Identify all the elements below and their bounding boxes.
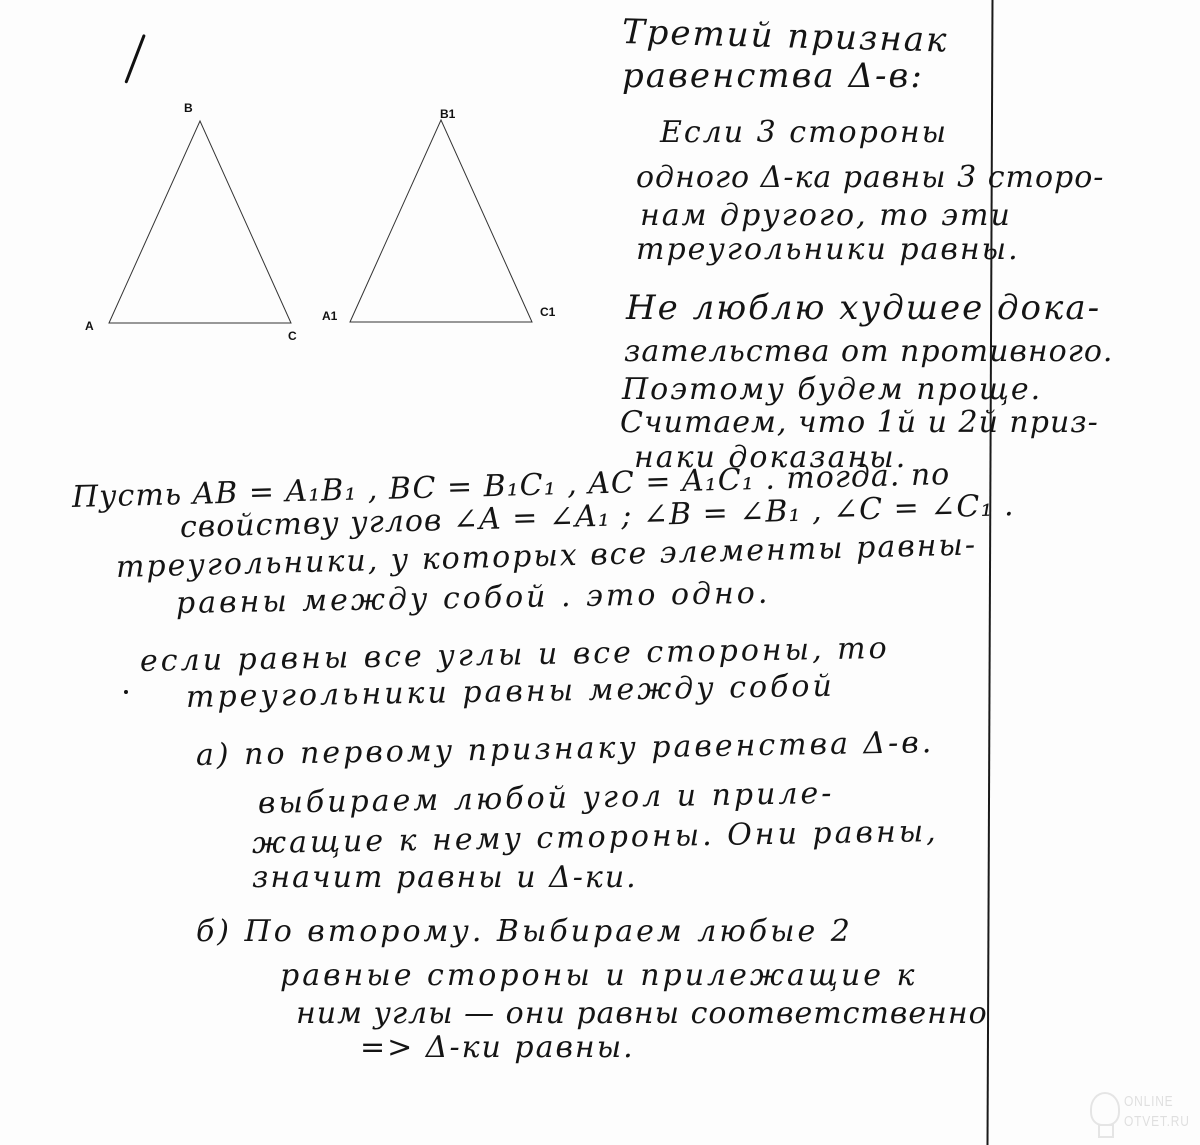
watermark-line-1: ONLINE xyxy=(1124,1092,1190,1112)
lightbulb-icon xyxy=(1090,1092,1120,1126)
vertex-label-a1: A1 xyxy=(322,309,338,323)
vertex-label-c: C xyxy=(288,329,297,343)
vertex-label-c1: C1 xyxy=(540,305,556,319)
case-b-line: ним углы — они равны соответственно xyxy=(296,996,988,1031)
triangle-a1b1c1: A1 B1 C1 xyxy=(322,107,556,323)
case-a-line: значит равны и Δ-ки. xyxy=(252,860,638,895)
case-a-line: выбираем любой угол и приле- xyxy=(258,776,835,821)
lightbulb-base-icon xyxy=(1098,1124,1114,1138)
vertex-label-b: B xyxy=(184,101,193,115)
watermark: ONLINE OTVET.RU xyxy=(1090,1090,1200,1140)
watermark-text: ONLINE OTVET.RU xyxy=(1124,1092,1190,1132)
note-line: Не люблю худшее дока- xyxy=(626,288,1101,328)
note-line: зательства от противного. xyxy=(624,334,1113,369)
theorem-title-line-2: равенства Δ-в: xyxy=(622,56,924,96)
note-line: Считаем, что 1й и 2й приз- xyxy=(620,405,1099,440)
watermark-line-2: OTVET.RU xyxy=(1124,1112,1190,1132)
triangle-abc: A B C xyxy=(85,101,297,343)
statement-line: треугольники равны. xyxy=(636,232,1020,267)
case-b-line: равные стороны и прилежащие к xyxy=(280,958,917,993)
vertex-label-a: A xyxy=(85,319,94,333)
vertex-label-b1: B1 xyxy=(440,107,456,121)
case-a-line: жащие к нему стороны. Они равны, xyxy=(252,814,939,861)
case-a-line: а) по первому признаку равенства Δ-в. xyxy=(196,725,935,773)
statement-line: одного Δ-ка равны 3 сторо- xyxy=(636,160,1104,195)
note-line: Поэтому будем проще. xyxy=(622,372,1042,407)
scanned-notebook-page: A B C A1 B1 C1 Третий признак равенства … xyxy=(0,0,1200,1145)
case-b-line: => Δ-ки равны. xyxy=(360,1030,635,1065)
triangles-diagram: A B C A1 B1 C1 xyxy=(0,0,600,360)
bullet-dot xyxy=(124,690,128,694)
case-b-line: б) По второму. Выбираем любые 2 xyxy=(196,914,853,949)
statement-line: Если 3 стороны xyxy=(660,115,948,150)
proof-line: равны между собой . это одно. xyxy=(176,576,771,621)
statement-line: нам другого, то эти xyxy=(640,198,1012,233)
theorem-title-line-1: Третий признак xyxy=(621,12,948,61)
